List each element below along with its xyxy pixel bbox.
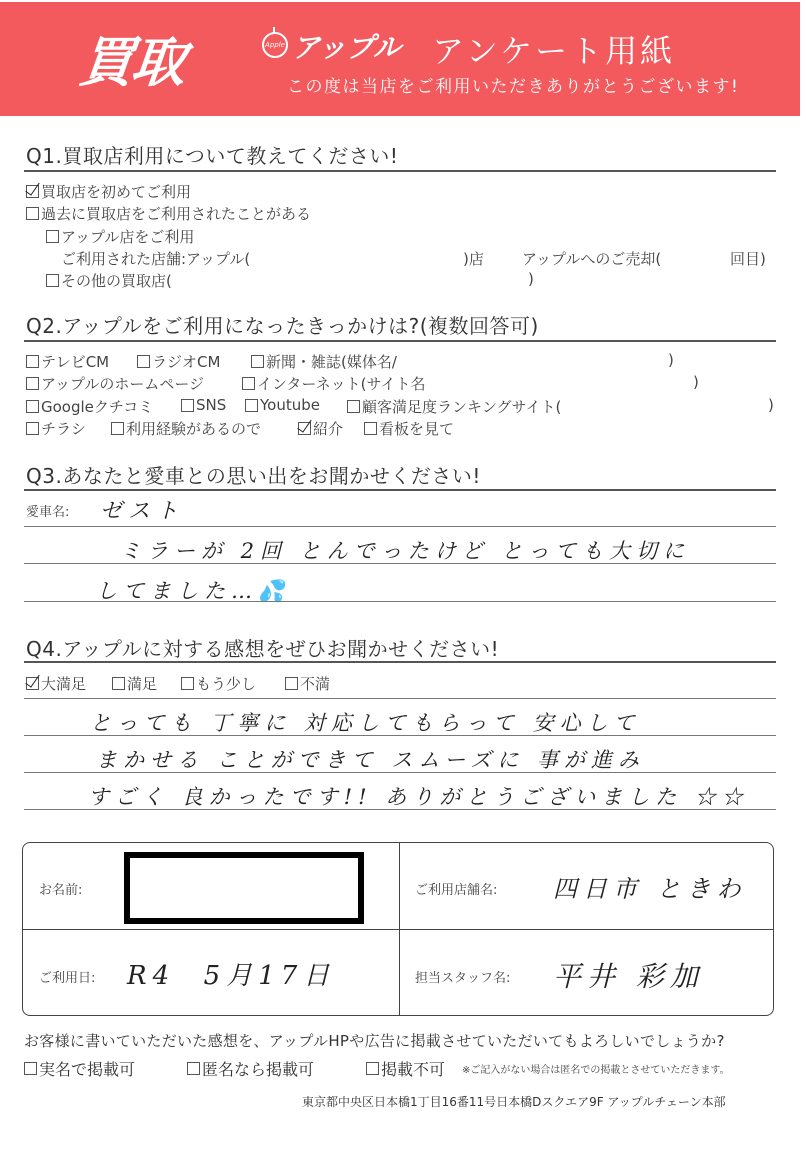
q4-option-dissatisfied[interactable]: 不満 [285, 673, 330, 694]
q1-option-used-before[interactable]: 過去に買取店をご利用されたことがある [26, 203, 311, 224]
consent-question: お客様に書いていただいた感想を、アップルHPや広告に掲載させていただいてもよろし… [24, 1030, 725, 1051]
option-label: 掲載不可 [381, 1057, 445, 1080]
option-label: 顧客満足度ランキングサイト( [362, 396, 561, 417]
q2-rule [24, 340, 776, 342]
q1-title: Q1.買取店利用について教えてください! [26, 140, 398, 169]
checkbox-icon[interactable] [112, 677, 125, 690]
option-label: 紹介 [313, 418, 343, 439]
q2-option-signboard[interactable]: 看板を見て [364, 418, 454, 439]
option-label: 看板を見て [379, 418, 454, 439]
checkbox-icon[interactable] [285, 677, 298, 690]
checkbox-icon[interactable] [46, 274, 59, 287]
staff-label: 担当スタッフ名: [415, 967, 510, 986]
writing-line [24, 772, 776, 773]
writing-line [24, 601, 776, 602]
checkbox-icon[interactable] [251, 355, 264, 368]
store-label: ご利用店舗名: [415, 879, 497, 898]
memory-line-1[interactable]: ミラーが 2回 とんでったけど とっても大切に [120, 535, 690, 565]
divider [23, 929, 773, 930]
header-banner: 買取 Apple アップル アンケート用紙 この度は当店をご利用いただきありがと… [0, 2, 800, 116]
checkbox-checked-icon[interactable] [26, 185, 39, 198]
option-label: 満足 [127, 673, 157, 694]
checkbox-icon[interactable] [187, 1062, 200, 1075]
writing-line [24, 735, 776, 736]
checkbox-icon[interactable] [111, 422, 124, 435]
comment-line-3[interactable]: すごく 良かったです!! ありがとうございました ☆☆ [88, 781, 749, 811]
q2-option-homepage[interactable]: アップルのホームページ [26, 373, 204, 394]
checkbox-icon[interactable] [245, 399, 258, 412]
date-label: ご利用日: [39, 967, 95, 986]
option-label: 不満 [300, 673, 330, 694]
checkbox-icon[interactable] [46, 230, 59, 243]
q2-option-google[interactable]: Googleクチコミ [26, 396, 153, 417]
checkbox-icon[interactable] [26, 422, 39, 435]
q1-sale-count-suffix: 回目) [730, 248, 766, 269]
q2-option-internet[interactable]: インターネット(サイト名 [242, 373, 425, 394]
checkbox-icon[interactable] [347, 400, 360, 413]
consent-option-anonymous[interactable]: 匿名なら掲載可 [187, 1057, 314, 1080]
checkbox-checked-icon[interactable] [26, 677, 39, 690]
apple-logo-icon: Apple [262, 32, 288, 58]
option-label: 新聞・雑誌(媒体名/ [266, 351, 397, 372]
option-label: チラシ [41, 418, 86, 439]
q2-option-youtube[interactable]: Youtube [245, 396, 320, 414]
option-label: 過去に買取店をご利用されたことがある [41, 203, 311, 224]
checkbox-icon[interactable] [242, 377, 255, 390]
q4-option-satisfied[interactable]: 満足 [112, 673, 157, 694]
store-value[interactable]: 四日市 ときわ [553, 869, 747, 904]
writing-line [24, 809, 776, 810]
writing-line [24, 698, 776, 699]
form-subtitle: この度は当店をご利用いただきありがとうございます! [287, 72, 739, 97]
q2-option-newspaper[interactable]: 新聞・雑誌(媒体名/ [251, 351, 397, 372]
close-paren: ) [693, 373, 699, 391]
checkbox-checked-icon[interactable] [298, 422, 311, 435]
checkbox-icon[interactable] [26, 400, 39, 413]
customer-info-box: お名前: ご利用店舗名: 四日市 ときわ ご利用日: R4 5月17日 担当スタ… [22, 842, 774, 1016]
q1-other-close: ) [528, 270, 534, 288]
checkbox-icon[interactable] [26, 355, 39, 368]
checkbox-icon[interactable] [137, 355, 150, 368]
close-paren: ) [768, 396, 774, 414]
option-label: 大満足 [41, 673, 86, 694]
q3-title: Q3.あなたと愛車との思い出をお聞かせください! [26, 460, 481, 489]
option-label: 匿名なら掲載可 [202, 1057, 314, 1080]
name-redacted-field[interactable] [124, 852, 364, 924]
checkbox-icon[interactable] [26, 207, 39, 220]
q1-store-used-label: ご利用された店舗:アップル( [61, 248, 250, 269]
consent-option-real-name[interactable]: 実名で掲載可 [24, 1057, 135, 1080]
q1-option-first-time[interactable]: 買取店を初めてご利用 [26, 181, 191, 202]
form-title: アンケート用紙 [432, 26, 675, 72]
comment-line-2[interactable]: まかせる ことができて スムーズに 事が進み [96, 744, 645, 774]
q1-option-apple-store[interactable]: アップル店をご利用 [46, 226, 194, 247]
option-label: 買取店を初めてご利用 [41, 181, 191, 202]
q2-option-sns[interactable]: SNS [181, 396, 226, 414]
q2-option-ranking-site[interactable]: 顧客満足度ランキングサイト( [347, 396, 561, 417]
option-label: その他の買取店( [61, 270, 172, 291]
car-name-value[interactable]: ゼスト [100, 494, 184, 525]
q4-option-somewhat[interactable]: もう少し [181, 673, 256, 694]
option-label: もう少し [196, 673, 256, 694]
q2-option-radio[interactable]: ラジオCM [137, 351, 220, 372]
brand-apple: アップル [292, 26, 401, 66]
q2-option-past-use[interactable]: 利用経験があるので [111, 418, 261, 439]
option-label: テレビCM [41, 351, 109, 372]
q2-option-referral[interactable]: 紹介 [298, 418, 343, 439]
option-label: Googleクチコミ [41, 396, 153, 417]
q3-rule [24, 489, 776, 491]
q4-option-very-satisfied[interactable]: 大満足 [26, 673, 86, 694]
staff-value[interactable]: 平井 彩加 [553, 955, 704, 995]
consent-note: ※ご記入がない場合は匿名での掲載とさせていただきます。 [462, 1061, 730, 1076]
brand-kaitori: 買取 [76, 20, 188, 97]
writing-line [24, 563, 776, 564]
option-label: アップルのホームページ [41, 373, 204, 394]
q1-rule [24, 170, 776, 172]
company-address: 東京都中央区日本橋1丁目16番11号日本橋Dスクエア9F アップルチェーン本部 [302, 1093, 726, 1110]
q1-store-suffix: )店 [463, 248, 484, 269]
option-label: SNS [196, 396, 226, 414]
q1-option-other-store[interactable]: その他の買取店( [46, 270, 172, 291]
option-label: ラジオCM [152, 351, 220, 372]
checkbox-icon[interactable] [181, 399, 194, 412]
q4-title: Q4.アップルに対する感想をぜひお聞かせください! [26, 633, 499, 662]
option-label: インターネット(サイト名 [257, 373, 425, 394]
checkbox-icon[interactable] [24, 1062, 37, 1075]
close-paren: ) [668, 351, 674, 369]
consent-option-not-allowed[interactable]: 掲載不可 [366, 1057, 445, 1080]
checkbox-icon[interactable] [366, 1062, 379, 1075]
option-label: 利用経験があるので [126, 418, 261, 439]
checkbox-icon[interactable] [364, 422, 377, 435]
name-label: お名前: [39, 879, 82, 898]
checkbox-icon[interactable] [26, 377, 39, 390]
q2-title: Q2.アップルをご利用になったきっかけは?(複数回答可) [26, 310, 539, 339]
option-label: Youtube [260, 396, 320, 414]
q2-option-flyer[interactable]: チラシ [26, 418, 86, 439]
q1-sale-count-label: アップルへのご売却( [522, 248, 661, 269]
comment-line-1[interactable]: とっても 丁寧に 対応してもらって 安心して [90, 707, 641, 737]
q4-rule [24, 661, 776, 663]
checkbox-icon[interactable] [181, 677, 194, 690]
car-name-label: 愛車名: [26, 501, 69, 520]
q2-option-tv[interactable]: テレビCM [26, 351, 109, 372]
option-label: アップル店をご利用 [61, 226, 194, 247]
date-value[interactable]: R4 5月17日 [127, 955, 335, 992]
writing-line [24, 526, 776, 527]
option-label: 実名で掲載可 [39, 1057, 135, 1080]
